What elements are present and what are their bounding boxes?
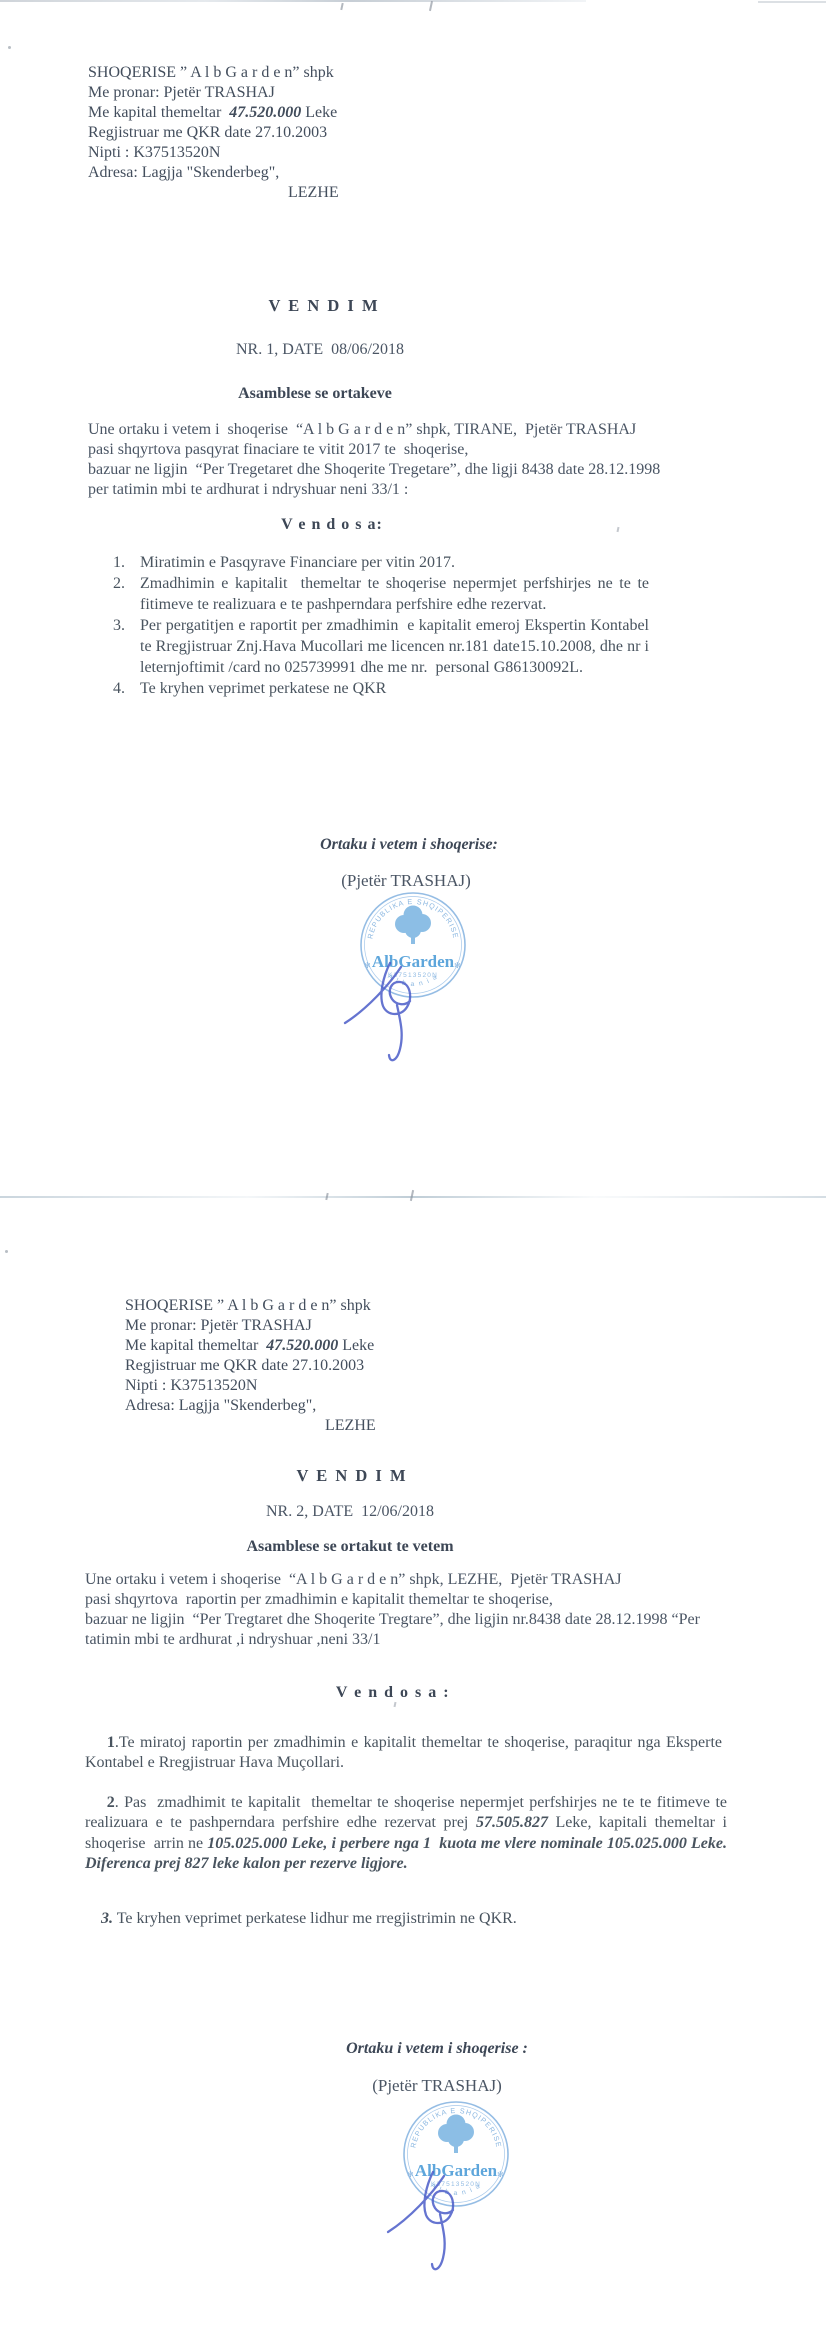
list-item: 3. Per pergatitjen e raportit per zmadhi… bbox=[113, 615, 649, 678]
item-text: Zmadhimin e kapitalit themeltar te shoqe… bbox=[140, 573, 649, 615]
capital-line: Me kapital themeltar 47.520.000 Leke bbox=[125, 1336, 376, 1356]
signature-label: Ortaku i vetem i shoqerise : bbox=[137, 2040, 737, 2058]
item-number: 2. bbox=[113, 573, 140, 615]
paragraph-text: Te kryhen veprimet perkatese lidhur me r… bbox=[113, 1910, 517, 1927]
tree-icon bbox=[438, 2115, 474, 2154]
item-text: Per pergatitjen e raportit per zmadhimin… bbox=[140, 615, 649, 678]
capital-unit: Leke bbox=[301, 104, 337, 121]
flower-icon: ✻ bbox=[364, 961, 371, 970]
stamp-company-name: AlbGarden bbox=[372, 952, 455, 971]
flower-icon: ✻ bbox=[454, 961, 461, 970]
intro-line: Une ortaku i vetem i shoqerise “A l b G … bbox=[85, 1570, 700, 1590]
flower-icon: ✻ bbox=[407, 2170, 414, 2179]
company-stamp: REPUBLIKA E SHQIPERISE A l b a n i a ✻ ✻… bbox=[333, 873, 493, 1073]
intro-line: tatimin mbi te ardhurat ,i ndryshuar ,ne… bbox=[85, 1630, 700, 1650]
owner-line: Me pronar: Pjetër TRASHAJ bbox=[88, 83, 339, 103]
city-line: LEZHE bbox=[125, 1416, 376, 1436]
decision-number-line: NR. 1, DATE 08/06/2018 bbox=[0, 341, 640, 359]
paragraph-number: 1 bbox=[107, 1734, 115, 1751]
city-line: LEZHE bbox=[88, 183, 339, 203]
nipt-line: Nipti : K37513520N bbox=[88, 143, 339, 163]
intro-line: per tatimin mbi te ardhurat i ndryshuar … bbox=[88, 480, 660, 500]
capital-value: 47.520.000 bbox=[225, 104, 301, 121]
paragraph-text: .Te miratoj raportin per zmadhimin e kap… bbox=[85, 1734, 726, 1772]
intro-line: Une ortaku i vetem i shoqerise “A l b G … bbox=[88, 420, 660, 440]
nipt-line: Nipti : K37513520N bbox=[125, 1376, 376, 1396]
decision-title: V E N D I M bbox=[0, 296, 648, 316]
flower-icon: ✻ bbox=[497, 2170, 504, 2179]
scanned-document: { "colors": { "body_text": "#46515f", "s… bbox=[0, 0, 826, 2338]
decision-number-line: NR. 2, DATE 12/06/2018 bbox=[0, 1503, 700, 1521]
signature-label: Ortaku i vetem i shoqerise: bbox=[109, 836, 709, 854]
list-item: 4. Te kryhen veprimet perkatese ne QKR bbox=[113, 678, 649, 699]
paragraph-3: 3. Te kryhen veprimet perkatese lidhur m… bbox=[85, 1888, 722, 1950]
decision-title: V E N D I M bbox=[0, 1466, 704, 1486]
assembly-heading: Asamblese se ortakeve bbox=[0, 385, 630, 403]
company-header-block: SHOQERISE ” A l b G a r d e n” shpk Me p… bbox=[88, 63, 339, 203]
decision-list: 1. Miratimin e Pasqyrave Financiare per … bbox=[113, 552, 649, 699]
paragraph-2: 2. Pas zmadhimit te kapitalit themeltar … bbox=[85, 1772, 727, 1895]
registration-line: Regjistruar me QKR date 27.10.2003 bbox=[125, 1356, 376, 1376]
amount-value: 57.505.827 bbox=[476, 1814, 548, 1831]
item-number: 1. bbox=[113, 552, 140, 573]
capital-label: Me kapital themeltar bbox=[88, 104, 225, 121]
list-item: 2. Zmadhimin e kapitalit themeltar te sh… bbox=[113, 573, 649, 615]
item-text: Te kryhen veprimet perkatese ne QKR bbox=[140, 678, 649, 699]
company-header-block: SHOQERISE ” A l b G a r d e n” shpk Me p… bbox=[125, 1296, 376, 1436]
capital-unit: Leke bbox=[338, 1337, 374, 1354]
scan-artifact bbox=[394, 1702, 397, 1707]
document-page-2: SHOQERISE ” A l b G a r d e n” shpk Me p… bbox=[0, 1196, 826, 2338]
company-name-line: SHOQERISE ” A l b G a r d e n” shpk bbox=[88, 63, 339, 83]
tree-icon bbox=[395, 906, 431, 945]
item-number: 4. bbox=[113, 678, 140, 699]
paragraph-number: 3. bbox=[101, 1910, 113, 1927]
owner-line: Me pronar: Pjetër TRASHAJ bbox=[125, 1316, 376, 1336]
intro-paragraph: Une ortaku i vetem i shoqerise “A l b G … bbox=[88, 420, 660, 500]
address-line: Adresa: Lagjja "Skenderbeg", bbox=[125, 1396, 376, 1416]
intro-line: bazuar ne ligjin “Per Tregetaret dhe Sho… bbox=[88, 460, 660, 480]
company-name-line: SHOQERISE ” A l b G a r d e n” shpk bbox=[125, 1296, 376, 1316]
item-number: 3. bbox=[113, 615, 140, 678]
intro-line: pasi shqyrtova pasqyrat finaciare te vit… bbox=[88, 440, 660, 460]
document-page-1: SHOQERISE ” A l b G a r d e n” shpk Me p… bbox=[0, 0, 826, 1196]
stamp-company-name: AlbGarden bbox=[415, 2161, 498, 2180]
intro-paragraph: Une ortaku i vetem i shoqerise “A l b G … bbox=[85, 1570, 700, 1650]
list-item: 1. Miratimin e Pasqyrave Financiare per … bbox=[113, 552, 649, 573]
vendosa-heading: V e n d o s a : bbox=[0, 1684, 786, 1702]
vendosa-heading: V e n d o s a: bbox=[0, 516, 664, 534]
assembly-heading: Asamblese se ortakut te vetem bbox=[0, 1538, 700, 1556]
item-text: Miratimin e Pasqyrave Financiare per vit… bbox=[140, 552, 649, 573]
intro-line: bazuar ne ligjin “Per Tregtaret dhe Shoq… bbox=[85, 1610, 700, 1630]
address-line: Adresa: Lagjja "Skenderbeg", bbox=[88, 163, 339, 183]
capital-label: Me kapital themeltar bbox=[125, 1337, 262, 1354]
paragraph-number: 2 bbox=[107, 1794, 115, 1811]
registration-line: Regjistruar me QKR date 27.10.2003 bbox=[88, 123, 339, 143]
company-stamp: REPUBLIKA E SHQIPERISE A l b a n i a ✻ ✻… bbox=[376, 2082, 536, 2282]
intro-line: pasi shqyrtova raportin per zmadhimin e … bbox=[85, 1590, 700, 1610]
capital-line: Me kapital themeltar 47.520.000 Leke bbox=[88, 103, 339, 123]
capital-value: 47.520.000 bbox=[262, 1337, 338, 1354]
